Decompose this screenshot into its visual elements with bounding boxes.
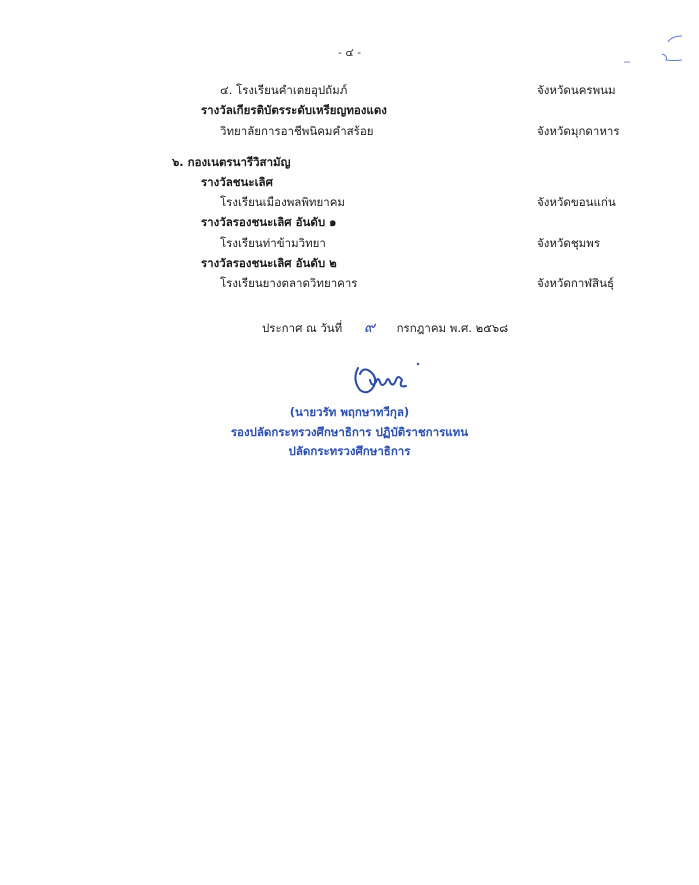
- award-heading: รางวัลชนะเลิศ: [201, 175, 273, 189]
- announcement-prefix: ประกาศ ณ วันที่: [262, 321, 342, 335]
- handwritten-mark-icon: [610, 30, 690, 70]
- province-label: จังหวัดนครพนม: [537, 83, 616, 97]
- category-heading: ๖. กองเนตรนารีวิสามัญ: [172, 155, 290, 169]
- award-heading: รางวัลรองชนะเลิศ อันดับ ๒: [201, 256, 337, 270]
- page-number: - ๔ -: [0, 43, 699, 61]
- signature-icon: [348, 358, 428, 398]
- school-entry: โรงเรียนยางตลาดวิทยาคาร: [220, 276, 358, 290]
- announcement-day: ๙: [364, 315, 375, 339]
- award-heading: รางวัลรองชนะเลิศ อันดับ ๑: [201, 215, 336, 229]
- school-entry: วิทยาลัยการอาชีพนิคมคำสร้อย: [220, 124, 374, 138]
- province-label: จังหวัดกาฬสินธุ์: [537, 276, 614, 290]
- signatory-position: รองปลัดกระทรวงศึกษาธิการ ปฏิบัติราชการแท…: [0, 424, 699, 442]
- province-label: จังหวัดขอนแก่น: [537, 195, 616, 209]
- award-heading: รางวัลเกียรติบัตรระดับเหรียญทองแดง: [201, 103, 387, 117]
- signatory-position-line2: ปลัดกระทรวงศึกษาธิการ: [0, 443, 699, 461]
- signatory-name: (นายวรัท พฤกษาทวีกุล): [0, 404, 699, 422]
- school-entry: โรงเรียนท่าข้ามวิทยา: [220, 236, 326, 250]
- announcement-line: ประกาศ ณ วันที่ ๙ กรกฎาคม พ.ศ. ๒๕๖๘: [262, 315, 508, 339]
- school-entry: ๔. โรงเรียนคำเตยอุปถัมภ์: [220, 83, 347, 97]
- province-label: จังหวัดชุมพร: [537, 236, 600, 250]
- announcement-month-year: กรกฎาคม พ.ศ. ๒๕๖๘: [397, 321, 509, 335]
- province-label: จังหวัดมุกดาหาร: [537, 124, 620, 138]
- school-entry: โรงเรียนเมืองพลพิทยาคม: [220, 195, 345, 209]
